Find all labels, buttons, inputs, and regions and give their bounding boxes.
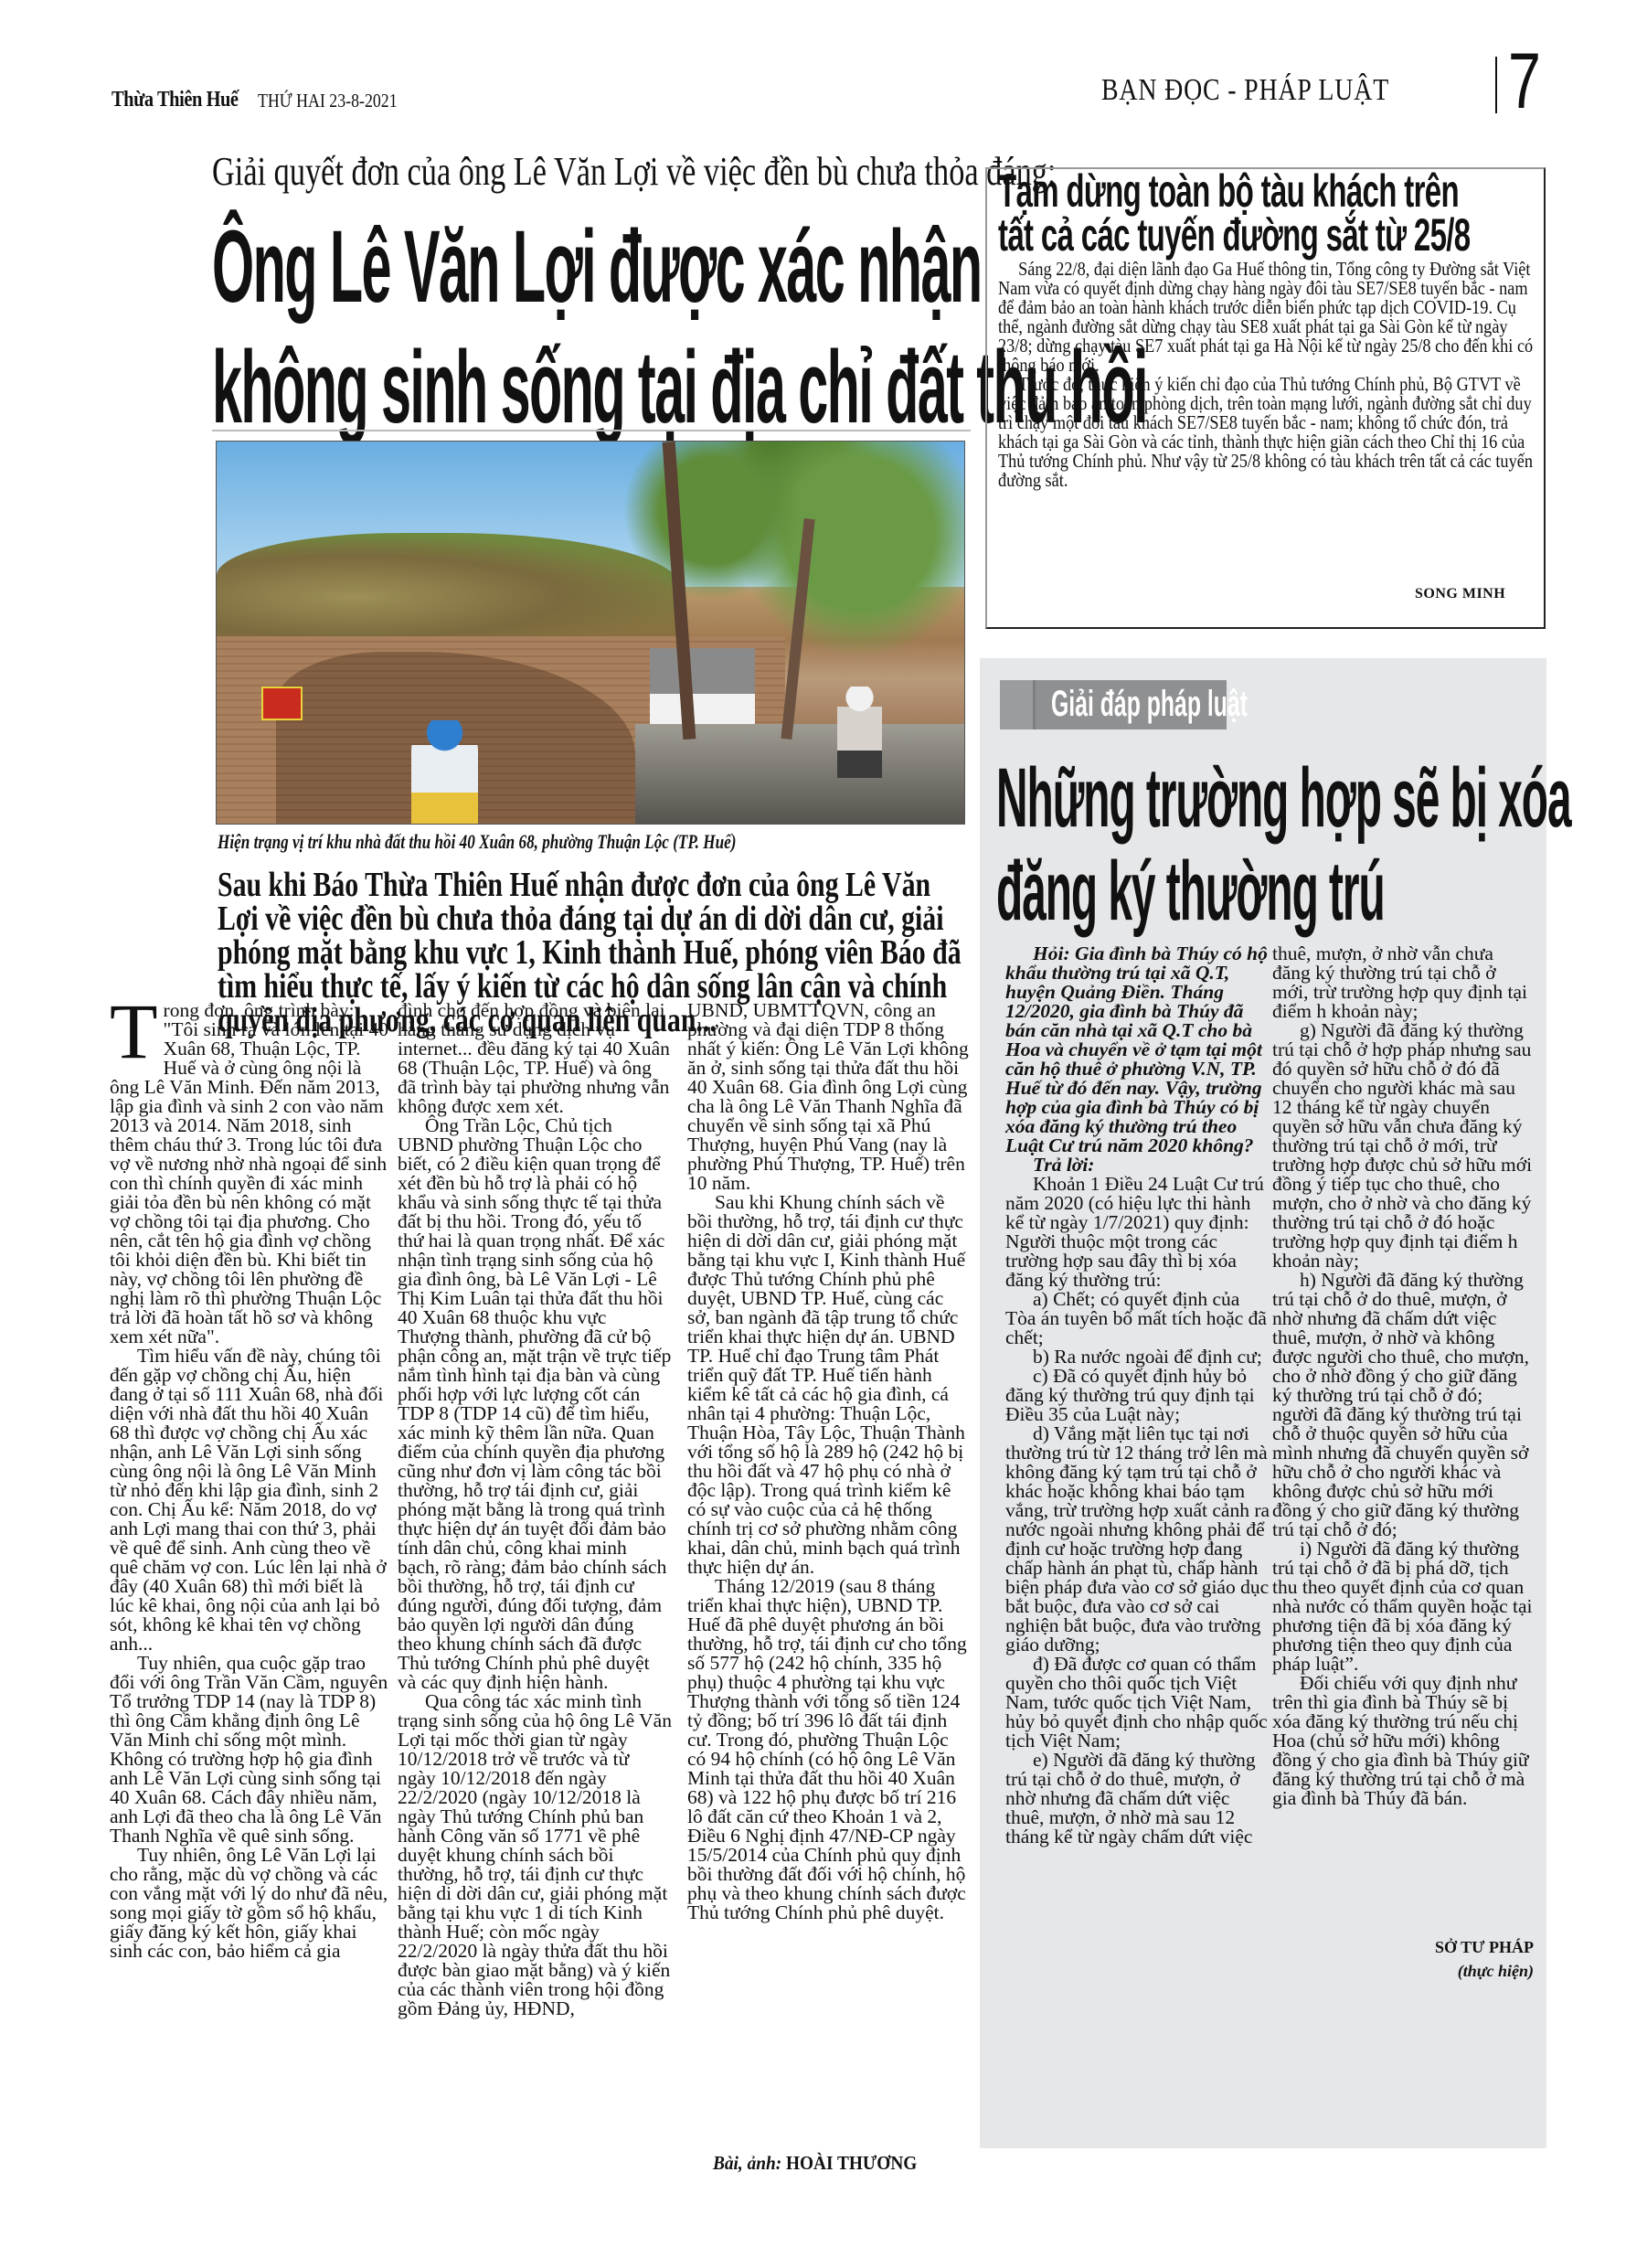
article-paragraph: Tháng 12/2019 (sau 8 tháng triển khai th… bbox=[687, 1577, 971, 1922]
legal-headline: Những trường hợp sẽ bị xóa đăng ký thườn… bbox=[996, 751, 1571, 938]
byline-label: Bài, ảnh: bbox=[713, 2152, 781, 2174]
photo-caption: Hiện trạng vị trí khu nhà đất thu hồi 40… bbox=[218, 830, 736, 854]
article-column-1: Trong đơn, ông trình bày: "Tôi sinh ra v… bbox=[110, 1001, 388, 1961]
article-paragraph: Tuy nhiên, ông Lê Văn Lợi lại cho rằng, … bbox=[110, 1846, 388, 1961]
legal-column-2: thuê, mượn, ở nhờ vẫn chưa đăng ký thườn… bbox=[1272, 944, 1533, 1808]
legal-paragraph: h) Người đã đăng ký thường trú tại chỗ ở… bbox=[1272, 1271, 1533, 1539]
article-paragraph: Ông Trần Lộc, Chủ tịch UBND phường Thuận… bbox=[398, 1116, 672, 1692]
legal-paragraph: Đối chiếu với quy định như trên thì gia … bbox=[1272, 1674, 1533, 1808]
section-title: BẠN ĐỌC - PHÁP LUẬT bbox=[1101, 73, 1389, 108]
answer-label: Trả lời: bbox=[1005, 1155, 1270, 1175]
issue-date: THỨ HAI 23-8-2021 bbox=[258, 90, 398, 112]
photo-banner bbox=[650, 648, 755, 725]
article-paragraph: Tìm hiểu vấn đề này, chúng tôi đến gặp v… bbox=[110, 1347, 388, 1654]
train-headline: Tạm dừng toàn bộ tàu khách trên tất cả c… bbox=[998, 169, 1470, 257]
article-column-2: đình cho đến hợp đồng và biên lai hàng t… bbox=[398, 1001, 672, 2018]
legal-paragraph: b) Ra nước ngoài để định cư; bbox=[1005, 1347, 1270, 1367]
legal-question: Hỏi: Gia đình bà Thúy có hộ khẩu thường … bbox=[1005, 944, 1270, 1155]
newspaper-name: Thừa Thiên Huế bbox=[112, 88, 239, 112]
legal-paragraph: g) Người đã đăng ký thường trú tại chỗ ở… bbox=[1272, 1021, 1533, 1271]
tag-accent-bar bbox=[1000, 680, 1036, 729]
photo-rider bbox=[411, 720, 479, 824]
photo-rider bbox=[837, 687, 882, 778]
drop-cap: T bbox=[110, 1001, 158, 1061]
article-paragraph: Sau khi Khung chính sách về bồi thường, … bbox=[687, 1193, 971, 1577]
masthead-divider bbox=[1495, 57, 1497, 113]
legal-author: SỞ TƯ PHÁP bbox=[1415, 1938, 1534, 1957]
legal-author-note: (thực hiện) bbox=[1412, 1962, 1534, 1981]
article-byline: Bài, ảnh: HOÀI THƯƠNG bbox=[713, 2152, 917, 2175]
article-paragraph: Trong đơn, ông trình bày: "Tôi sinh ra v… bbox=[110, 1001, 388, 1347]
train-paragraph: Sáng 22/8, đại diện lãnh đạo Ga Huế thôn… bbox=[998, 260, 1535, 375]
legal-column-1: Hỏi: Gia đình bà Thúy có hộ khẩu thường … bbox=[1005, 944, 1270, 1847]
legal-paragraph: đ) Đã được cơ quan có thẩm quyền cho thô… bbox=[1005, 1655, 1270, 1751]
photo-red-sign bbox=[261, 687, 303, 720]
article-paragraph: đình cho đến hợp đồng và biên lai hàng t… bbox=[398, 1001, 672, 1116]
headline-rule bbox=[212, 430, 971, 431]
article-paragraph: Tuy nhiên, qua cuộc gặp trao đổi với ông… bbox=[110, 1654, 388, 1846]
train-author: SONG MINH bbox=[1415, 586, 1505, 602]
article-photo bbox=[216, 441, 965, 825]
legal-paragraph: Khoản 1 Điều 24 Luật Cư trú năm 2020 (có… bbox=[1005, 1175, 1270, 1290]
article-paragraph: Qua công tác xác minh tình trạng sinh số… bbox=[398, 1692, 672, 2018]
legal-paragraph: thuê, mượn, ở nhờ vẫn chưa đăng ký thườn… bbox=[1272, 944, 1533, 1021]
legal-tag-label: Giải đáp pháp luật bbox=[1051, 684, 1248, 725]
byline-author: HOÀI THƯƠNG bbox=[786, 2152, 917, 2174]
legal-paragraph: e) Người đã đăng ký thường trú tại chỗ ở… bbox=[1005, 1751, 1270, 1847]
page-number: 7 bbox=[1508, 42, 1541, 121]
train-paragraph: Trước đó, thực hiện ý kiến chỉ đạo của T… bbox=[998, 375, 1535, 490]
train-body: Sáng 22/8, đại diện lãnh đạo Ga Huế thôn… bbox=[998, 260, 1535, 490]
legal-paragraph: a) Chết; có quyết định của Tòa án tuyên … bbox=[1005, 1290, 1270, 1347]
legal-paragraph: d) Vắng mặt liên tục tại nơi thường trú … bbox=[1005, 1424, 1270, 1655]
article-column-3: UBND, UBMTTQVN, công an phường và đại di… bbox=[687, 1001, 971, 1922]
article-paragraph: UBND, UBMTTQVN, công an phường và đại di… bbox=[687, 1001, 971, 1193]
legal-paragraph: i) Người đã đăng ký thường trú tại chỗ ở… bbox=[1272, 1539, 1533, 1674]
article-kicker: Giải quyết đơn của ông Lê Văn Lợi về việ… bbox=[212, 148, 1056, 195]
legal-paragraph: c) Đã có quyết định hủy bỏ đăng ký thườn… bbox=[1005, 1367, 1270, 1424]
